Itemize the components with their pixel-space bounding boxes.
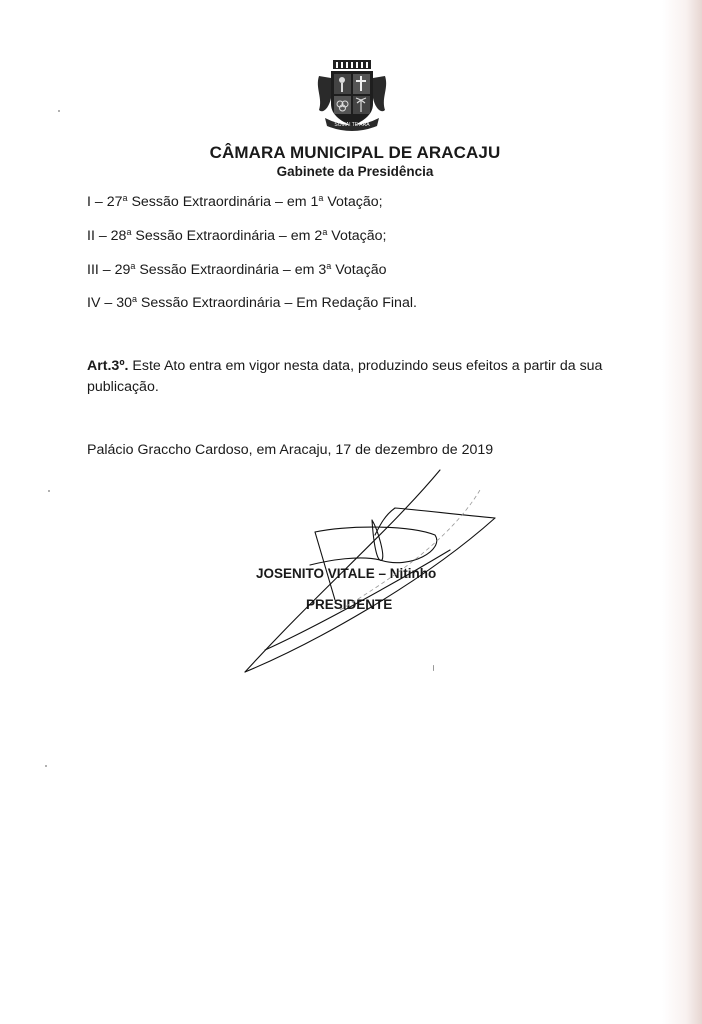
scan-speck: [48, 490, 50, 492]
list-item: I – 27a Sessão Extraordinária – em 1a Vo…: [87, 193, 383, 210]
article-label: Art.3º.: [87, 358, 128, 374]
signatory-name: JOSENITO VITALE – Nitinho: [256, 566, 436, 581]
list-item: II – 28a Sessão Extraordinária – em 2a V…: [87, 227, 387, 244]
scan-speck: [433, 665, 434, 671]
scan-speck: [45, 765, 47, 767]
scan-speck: [58, 110, 60, 112]
signatory-role: PRESIDENTE: [306, 597, 392, 612]
place-date: Palácio Graccho Cardoso, em Aracaju, 17 …: [87, 442, 493, 458]
article-paragraph: Art.3º. Este Ato entra em vigor nesta da…: [87, 356, 617, 398]
list-item: IV – 30a Sessão Extraordinária – Em Reda…: [87, 294, 417, 311]
page-subtitle: Gabinete da Presidência: [0, 164, 702, 179]
list-item: III – 29a Sessão Extraordinária – em 3a …: [87, 261, 386, 278]
svg-text:SOMAI TE ARA: SOMAI TE ARA: [334, 122, 370, 128]
coat-of-arms-icon: SOMAI TE ARA: [313, 58, 391, 132]
page-title: CÂMARA MUNICIPAL DE ARACAJU: [0, 143, 702, 163]
